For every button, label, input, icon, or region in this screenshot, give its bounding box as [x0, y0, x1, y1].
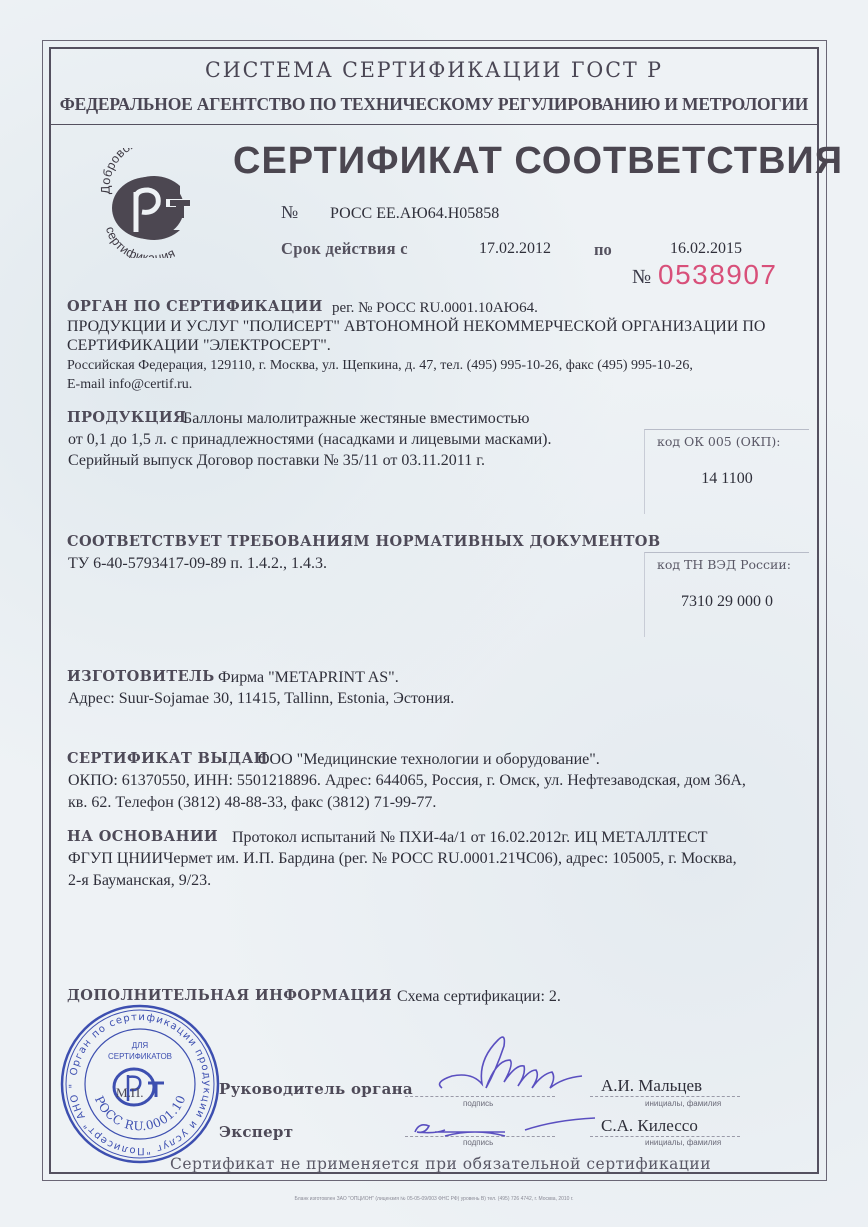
expert-name-caption: инициалы, фамилия — [645, 1138, 721, 1147]
certificate-number: РОСС EE.АЮ64.Н05858 — [330, 205, 499, 223]
expert-name: С.А. Килессо — [601, 1116, 698, 1136]
head-name-caption: инициалы, фамилия — [645, 1099, 721, 1108]
additional-info-text: Схема сертификации: 2. — [397, 988, 561, 1006]
stamp-center-top: ДЛЯ — [132, 1041, 149, 1050]
head-signature-caption: подпись — [463, 1099, 493, 1108]
certification-body-label: ОРГАН ПО СЕРТИФИКАЦИИ — [67, 298, 323, 315]
certification-body-reg: рег. № РОСС RU.0001.10АЮ64. — [332, 300, 538, 317]
product-line1: Баллоны малолитражные жестяные вместимос… — [183, 410, 529, 428]
valid-to-date: 16.02.2015 — [670, 240, 742, 258]
expert-name-line — [590, 1136, 740, 1137]
additional-info-label: ДОПОЛНИТЕЛЬНАЯ ИНФОРМАЦИЯ — [67, 987, 392, 1004]
issued-to-details-line1: ОКПО: 61370550, ИНН: 5501218896. Адрес: … — [68, 772, 746, 790]
valid-from-date: 17.02.2012 — [479, 240, 551, 258]
okp-code-label: код ОК 005 (ОКП): — [657, 434, 781, 449]
basis-line3: 2-я Бауманская, 9/23. — [68, 872, 211, 890]
basis-line2: ФГУП ЦНИИЧермет им. И.П. Бардина (рег. №… — [68, 850, 737, 868]
agency-name: ФЕДЕРАЛЬНОЕ АГЕНТСТВО ПО ТЕХНИЧЕСКОМУ РЕ… — [0, 94, 868, 115]
certification-body-email: E-mail info@certif.ru. — [67, 377, 192, 393]
issued-to-name: ООО "Медицинские технологии и оборудован… — [258, 751, 600, 769]
tnved-code-label: код ТН ВЭД России: — [657, 557, 791, 572]
product-line3: Серийный выпуск Договор поставки № 35/11… — [68, 452, 485, 470]
number-sign: № — [281, 202, 298, 223]
basis-line1: Протокол испытаний № ПХИ-4а/1 от 16.02.2… — [232, 829, 708, 847]
head-signature-line — [405, 1096, 555, 1097]
okp-code-value: 14 1100 — [645, 470, 809, 488]
official-stamp-icon: Орган по сертификации продукции и услуг … — [58, 1003, 222, 1165]
manufacturer-address: Адрес: Suur-Sojamae 30, 11415, Tallinn, … — [68, 690, 454, 708]
certification-body-address: Российская Федерация, 129110, г. Москва,… — [67, 358, 693, 374]
certification-body-line1: ПРОДУКЦИИ И УСЛУГ "ПОЛИСЕРТ" АВТОНОМНОЙ … — [67, 318, 765, 336]
issued-to-details-line2: кв. 62. Телефон (3812) 48-88-33, факс (3… — [68, 794, 436, 812]
certificate-title: СЕРТИФИКАТ СООТВЕТСТВИЯ — [233, 140, 843, 183]
expert-signature-caption: подпись — [463, 1138, 493, 1147]
expert-signature-icon — [405, 1112, 605, 1142]
okp-code-box: код ОК 005 (ОКП): 14 1100 — [644, 429, 809, 514]
printer-note: Бланк изготовлен ЗАО "ОПЦИОН" (лицензия … — [0, 1196, 868, 1202]
certification-body-line2: СЕРТИФИКАЦИИ "ЭЛЕКТРОСЕРТ". — [67, 337, 331, 355]
stamp-center-bottom: СЕРТИФИКАТОВ — [108, 1052, 172, 1061]
compliance-documents: ТУ 6-40-5793417-09-89 п. 1.4.2., 1.4.3. — [68, 555, 327, 573]
manufacturer-label: ИЗГОТОВИТЕЛЬ — [67, 668, 215, 685]
basis-label: НА ОСНОВАНИИ — [67, 828, 218, 845]
head-of-body-label: Руководитель органа — [219, 1080, 413, 1098]
footer-note: Сертификат не применяется при обязательн… — [170, 1155, 711, 1173]
serial-number-sign: № — [632, 266, 651, 289]
manufacturer-name: Фирма "METAPRINT AS". — [218, 669, 399, 687]
product-label: ПРОДУКЦИЯ — [67, 409, 186, 426]
tnved-code-value: 7310 29 000 0 — [645, 593, 809, 611]
head-of-body-name: А.И. Мальцев — [601, 1076, 702, 1096]
validity-label: Срок действия с — [281, 239, 408, 259]
valid-to-label: по — [594, 240, 612, 260]
serial-number: 0538907 — [658, 259, 778, 291]
tnved-code-box: код ТН ВЭД России: 7310 29 000 0 — [644, 552, 809, 637]
compliance-label: СООТВЕТСТВУЕТ ТРЕБОВАНИЯМ НОРМАТИВНЫХ ДО… — [67, 533, 660, 550]
product-line2: от 0,1 до 1,5 л. с принадлежностями (нас… — [68, 431, 551, 449]
rst-logo-icon: Добровольная сертификация — [96, 148, 208, 258]
head-name-line — [590, 1096, 740, 1097]
expert-label: Эксперт — [219, 1123, 293, 1141]
stamp-mp-label: М.П. — [116, 1085, 143, 1100]
system-title: СИСТЕМА СЕРТИФИКАЦИИ ГОСТ Р — [9, 58, 860, 82]
header-divider — [49, 124, 819, 125]
issued-to-label: СЕРТИФИКАТ ВЫДАН — [67, 750, 268, 767]
head-signature-icon — [432, 1030, 592, 1096]
